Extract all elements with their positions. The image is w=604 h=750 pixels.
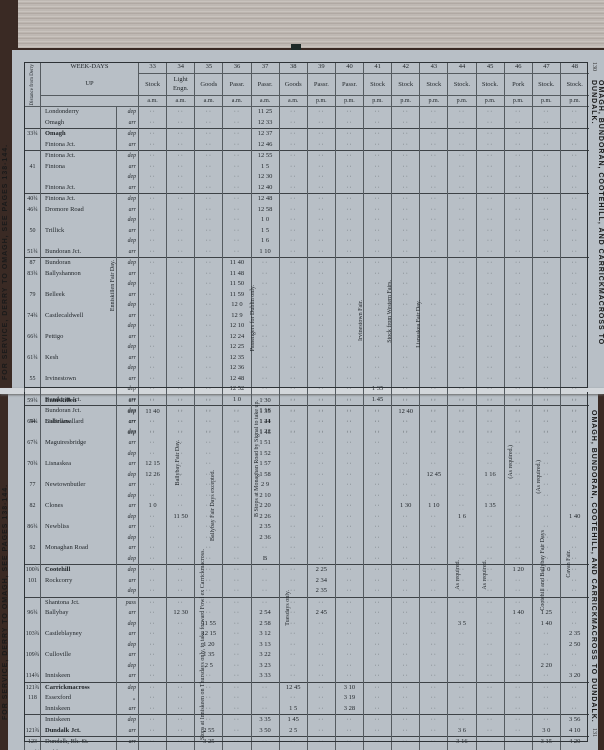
note-as-required-3: (As required.) <box>508 445 514 479</box>
note-stops-monaghan: B Stops at Monaghan Road by Signal to ta… <box>254 400 260 517</box>
table-frame-lower <box>24 392 588 742</box>
note-as-required-1: As required. <box>455 560 461 590</box>
page-number-bottom: 131 <box>591 728 597 737</box>
note-lisnaskea-fair: Lisnaskea Fair Day. <box>416 300 422 348</box>
note-as-required-4: (As required.) <box>536 460 542 494</box>
note-enniskillen-fair: Enniskillen Fair Day. <box>110 260 116 311</box>
note-cootehill-ballybay: Cootehill and Ballybay Fair Days <box>540 530 546 611</box>
page-edges <box>18 0 604 48</box>
page-number-top: 130 <box>591 62 597 71</box>
side-title-top: OMAGH, BUNDORAN, COOTEHILL, AND CARRICKM… <box>590 80 604 380</box>
note-ballybay-excepted: Ballybay Fair Days excepted. <box>210 470 216 541</box>
note-cavan-fair: Cavan Fair. <box>566 550 572 578</box>
note-passengers-dublin: Passengers for Dublin only. <box>250 285 256 351</box>
note-ballybay-fair: Ballybay Fair Day. <box>175 440 181 485</box>
side-note-top: FOR SERVICE, DERRY TO OMAGH, SEE PAGES 1… <box>2 120 9 380</box>
note-tuesdays: Tuesdays only. <box>285 590 291 626</box>
note-stock-western-fairs: Stock from Western Fairs. <box>387 280 393 343</box>
side-note-bottom: FOR SERVICE, DERRY TO OMAGH, SEE PAGES 1… <box>2 460 9 720</box>
note-as-required-2: As required. <box>482 560 488 590</box>
note-irvinestown-fair: Irvinestown Fair. <box>358 300 364 341</box>
table-frame-upper <box>24 62 588 388</box>
side-title-bottom: OMAGH, BUNDORAN, COOTEHILL, AND CARRICKM… <box>590 410 597 730</box>
note-stops-inniskeen: Stops at Inniskeen on Thursdays only, to… <box>200 470 206 740</box>
